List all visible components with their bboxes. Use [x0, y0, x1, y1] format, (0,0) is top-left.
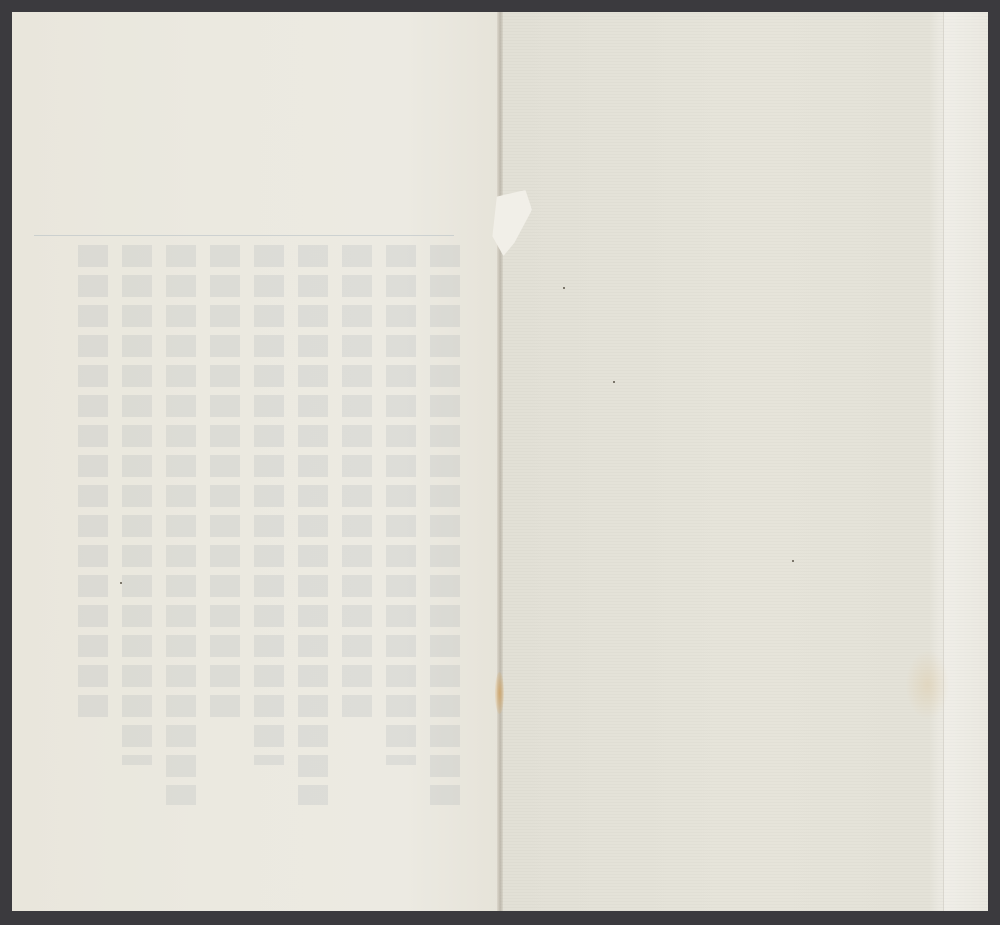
- paper-speck: [792, 560, 794, 562]
- show-through-column: [430, 245, 460, 805]
- show-through-text: [40, 245, 460, 865]
- paper-stain: [905, 650, 950, 720]
- paper-speck: [120, 582, 122, 584]
- show-through-column: [342, 245, 372, 725]
- right-page: [500, 12, 988, 911]
- show-through-column: [210, 245, 240, 725]
- book-spread: [0, 0, 1000, 925]
- show-through-column: [386, 245, 416, 765]
- paper-speck: [613, 381, 615, 383]
- show-through-column: [78, 245, 108, 725]
- show-through-column: [166, 245, 196, 805]
- show-through-column: [298, 245, 328, 805]
- paper-speck: [563, 287, 565, 289]
- show-through-column: [122, 245, 152, 765]
- show-through-column: [254, 245, 284, 765]
- show-through-frame-line: [34, 235, 454, 236]
- spine-gutter: [497, 12, 503, 911]
- spine-stain: [495, 672, 504, 714]
- page-edge-strip: [943, 12, 988, 911]
